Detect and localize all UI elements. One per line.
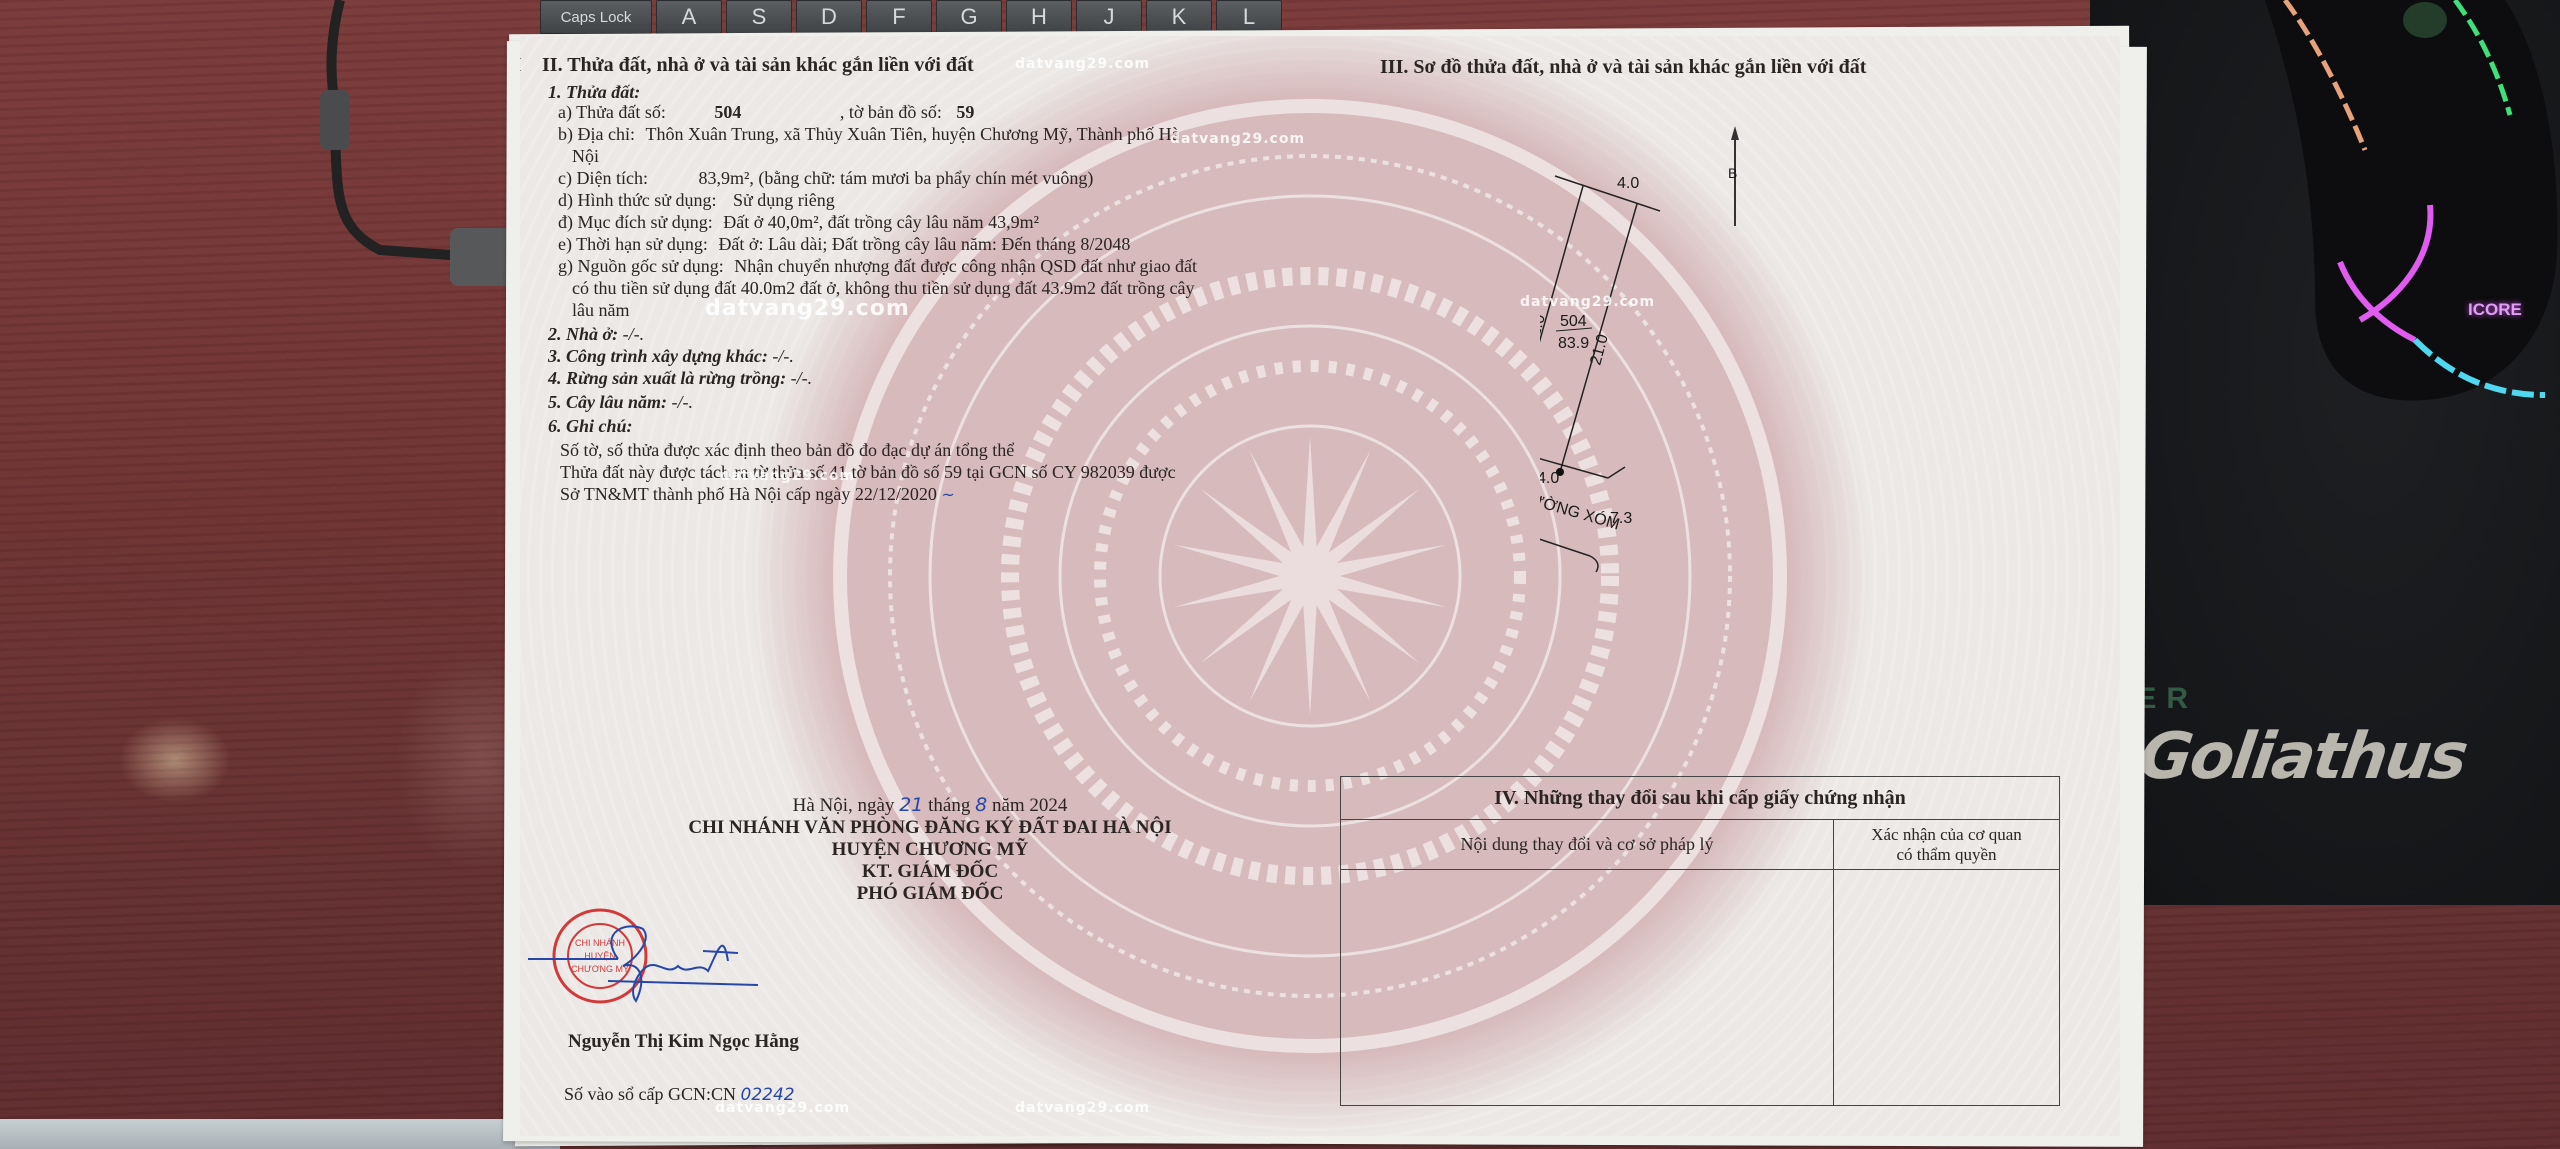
map-sheet-label: , tờ bản đồ số: (840, 102, 942, 122)
map-sheet-value: 59 (956, 102, 974, 122)
house-label: 2. Nhà ở: (548, 324, 618, 344)
authority-col-header-line1: Xác nhận của cơ quan (1871, 825, 2022, 844)
mouse-brand-logo: ICORE (2468, 300, 2522, 320)
house-row: 2. Nhà ở: -/-. (548, 324, 644, 345)
area-label: c) Diện tích: (558, 168, 648, 188)
land-certificate-page: I II. Thửa đất, nhà ở và tài sản khác gắ… (520, 36, 2120, 1136)
parcel-heading: 1. Thửa đất: (548, 82, 640, 103)
perennial-label: 5. Cây lâu năm: (548, 392, 667, 412)
forest-label: 4. Rừng sản xuất là rừng trồng: (548, 368, 786, 388)
mousepad-brand: Goliathus (2135, 720, 2471, 794)
date-month: 8 (975, 794, 987, 816)
watermark: datvang29.com (715, 1100, 850, 1116)
parcel-no-row: a) Thửa đất số: 504 , tờ bản đồ số: 59 (558, 102, 974, 123)
address-value-cont: Nội (572, 146, 599, 167)
origin-label: g) Nguồn gốc sử dụng: (558, 256, 724, 276)
road-width-right: 7.3 (1610, 510, 1632, 527)
authority-col-header-line2: có thẩm quyền (1896, 845, 1996, 864)
key-s: S (726, 0, 792, 34)
handwritten-signature-icon (528, 921, 758, 1011)
parcel-no-value: 504 (714, 102, 741, 122)
parcel-no-label: a) Thửa đất số: (558, 102, 666, 122)
area-row: c) Diện tích: 83,9m², (bằng chữ: tám mươ… (558, 168, 1093, 189)
key-l: L (1216, 0, 1282, 34)
key-h: H (1006, 0, 1072, 34)
signer-role: KT. GIÁM ĐỐC (670, 861, 1190, 883)
date-month-label: tháng (928, 795, 970, 816)
forest-value: -/-. (791, 368, 813, 388)
section-iii-title: III. Sơ đồ thửa đất, nhà ở và tài sản kh… (1380, 56, 1866, 79)
parcel-area-label: 83.9 (1558, 335, 1589, 352)
changes-table: IV. Những thay đổi sau khi cấp giấy chứn… (1340, 776, 2060, 1106)
usage-form-row: d) Hình thức sử dụng: Sử dụng riêng (558, 190, 835, 211)
other-construction-label: 3. Công trình xây dựng khác: (548, 346, 768, 366)
bottom-edge-label: 4.0 (1540, 470, 1559, 487)
perennial-value: -/-. (672, 392, 694, 412)
key-caps-lock: Caps Lock (540, 0, 652, 34)
initials-mark: ~ (941, 485, 954, 504)
changes-cell (1341, 870, 1834, 1106)
right-edge-label: 21.0 (1587, 332, 1612, 367)
usage-purpose-label: đ) Mục đích sử dụng: (558, 212, 713, 232)
address-row: b) Địa chỉ: Thôn Xuân Trung, xã Thủy Xuâ… (558, 124, 1180, 145)
signer-name: Nguyễn Thị Kim Ngọc Hằng (568, 1031, 799, 1053)
changes-col-header: Nội dung thay đổi và cơ sở pháp lý (1341, 820, 1834, 870)
key-g: G (936, 0, 1002, 34)
watermark: datvang29.com (1015, 56, 1150, 72)
register-label: Số vào sổ cấp GCN:CN (564, 1084, 736, 1104)
origin-value-cont: lâu năm (572, 300, 629, 321)
house-value: -/-. (623, 324, 645, 344)
watermark: datvang29.com (1015, 1100, 1150, 1116)
address-label: b) Địa chỉ: (558, 124, 635, 144)
date-prefix: Hà Nội, ngày (793, 795, 895, 816)
usb-cable (320, 0, 520, 300)
gaming-mouse (2245, 0, 2560, 410)
desk-edge (0, 1119, 560, 1149)
issue-date: Hà Nội, ngày 21 tháng 8 năm 2024 (670, 794, 1190, 817)
parcel-sketch: B 4.0 4.0 21.0 21.0 504 83.9 ĐƯỜNG XÓM 7… (1540, 126, 2120, 666)
issuing-office: CHI NHÁNH VĂN PHÒNG ĐĂNG KÝ ĐẤT ĐAI HÀ N… (670, 817, 1190, 839)
left-edge-label: 21.0 (1540, 312, 1549, 347)
usage-form-value: Sử dụng riêng (733, 190, 835, 210)
key-f: F (866, 0, 932, 34)
authority-col-header: Xác nhận của cơ quan có thẩm quyền (1834, 820, 2060, 870)
usage-purpose-value: Đất ở 40,0m², đất trồng cây lâu năm 43,9… (723, 212, 1039, 232)
date-year: năm 2024 (992, 795, 1067, 816)
section-iv-title: IV. Những thay đổi sau khi cấp giấy chứn… (1341, 777, 2060, 820)
watermark: datvang29.com (1520, 294, 1655, 310)
forest-row: 4. Rừng sản xuất là rừng trồng: -/-. (548, 368, 812, 389)
address-value: Thôn Xuân Trung, xã Thủy Xuân Tiên, huyệ… (645, 124, 1179, 144)
key-d: D (796, 0, 862, 34)
key-k: K (1146, 0, 1212, 34)
north-label: B (1728, 165, 1737, 181)
usage-form-label: d) Hình thức sử dụng: (558, 190, 717, 210)
notes-heading: 6. Ghi chú: (548, 416, 633, 437)
origin-row: g) Nguồn gốc sử dụng: Nhận chuyển nhượng… (558, 256, 1197, 277)
origin-value: Nhận chuyển nhượng đất được công nhận QS… (734, 256, 1197, 276)
usage-purpose-row: đ) Mục đích sử dụng: Đất ở 40,0m², đất t… (558, 212, 1039, 233)
area-value: 83,9m², (bằng chữ: tám mươi ba phẩy chín… (698, 168, 1093, 188)
date-day: 21 (899, 794, 923, 816)
key-j: J (1076, 0, 1142, 34)
usage-term-label: e) Thời hạn sử dụng: (558, 234, 708, 254)
note-line-text: Sở TN&MT thành phố Hà Nội cấp ngày 22/12… (560, 484, 937, 504)
other-construction-row: 3. Công trình xây dựng khác: -/-. (548, 346, 794, 367)
signature-block: Hà Nội, ngày 21 tháng 8 năm 2024 CHI NHÁ… (670, 794, 1190, 905)
note-line: Sở TN&MT thành phố Hà Nội cấp ngày 22/12… (560, 484, 955, 505)
perennial-row: 5. Cây lâu năm: -/-. (548, 392, 693, 413)
key-a: A (656, 0, 722, 34)
note-line: Thửa đất này được tách ra từ thửa số 41 … (560, 462, 1176, 483)
usage-term-value: Đất ở: Lâu dài; Đất trồng cây lâu năm: Đ… (718, 234, 1130, 254)
watermark: datvang29.com (705, 296, 910, 321)
section-ii-title: II. Thửa đất, nhà ở và tài sản khác gắn … (542, 54, 974, 77)
signer-title: PHÓ GIÁM ĐỐC (670, 883, 1190, 905)
margin-marker: I (520, 54, 522, 77)
usage-term-row: e) Thời hạn sử dụng: Đất ở: Lâu dài; Đất… (558, 234, 1130, 255)
other-construction-value: -/-. (772, 346, 794, 366)
parcel-number-label: 504 (1560, 313, 1587, 330)
issuing-district: HUYỆN CHƯƠNG MỸ (670, 839, 1190, 861)
note-line: Số tờ, số thửa được xác định theo bản đồ… (560, 440, 1014, 461)
watermark: datvang29.com (720, 468, 855, 484)
watermark: datvang29.com (1170, 131, 1305, 147)
authority-cell (1834, 870, 2060, 1106)
top-edge-label: 4.0 (1617, 175, 1639, 192)
